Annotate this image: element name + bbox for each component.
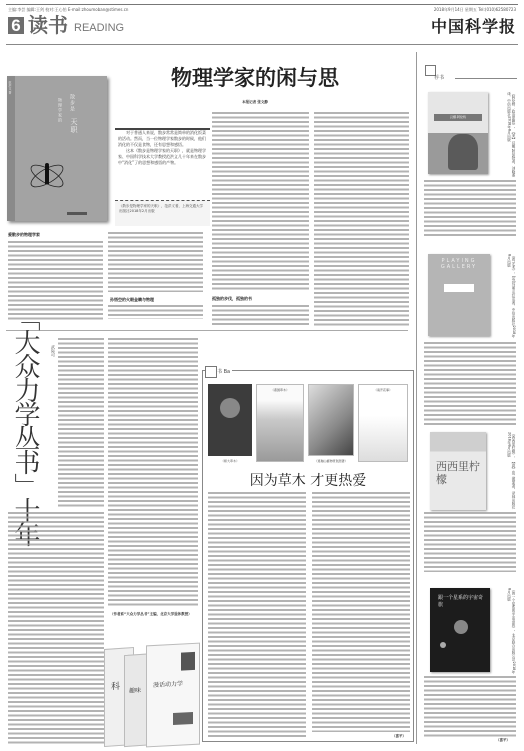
atom-illustration-icon <box>27 156 67 196</box>
jingshu-summary-3 <box>424 512 516 572</box>
article-divider <box>6 330 408 331</box>
intro-box: 对于普通人来说，散步常常是简单的消化饭菜的活动。然而，当一位物理学家散步的时候，… <box>118 130 208 166</box>
mechanics-books-photo: 科 趣味 漫话动力学 <box>104 640 200 748</box>
book-cover-3: 漫话动力学 <box>146 643 200 748</box>
header-divider <box>6 44 518 45</box>
jingshu-summary-1 <box>424 180 516 236</box>
date-info: 2018年9月14日 星期五 Tel:(010)62580723 <box>434 7 516 13</box>
book-cover-main: 散步是 物理学家的 天职 范洪义 著 <box>7 76 107 221</box>
newspaper-masthead: 中国科学报 <box>431 14 516 37</box>
shubar-label-frame <box>205 366 217 378</box>
cover-emblem-icon <box>220 398 240 418</box>
secondary-body-col-1 <box>58 338 104 508</box>
main-headline: 物理学家的闲与思 <box>120 66 390 90</box>
jingshu-caption-1: 《阿伦特：政治思想》，【美】汉娜·阿伦特著，刘晓燕译，中信出版社2018年8月出… <box>492 92 516 178</box>
editor-info: 主编:李芸 编辑:王剑 校对:王心怡 E-mail:zhoumoban@stim… <box>8 7 128 13</box>
photo-image <box>173 712 193 725</box>
page-number: 6 <box>8 17 24 34</box>
secondary-byline: 武际可 <box>50 345 56 357</box>
planet-icon <box>454 620 468 634</box>
jingshu-label: 荐书 <box>434 74 444 81</box>
main-body-col-4 <box>314 112 409 327</box>
secondary-body-col-2 <box>108 338 198 608</box>
main-body-col-2b <box>108 305 203 319</box>
shubar-cover-3 <box>308 384 354 456</box>
main-byline: 本报记者 张文静 <box>210 100 300 105</box>
shubar-caption-1: 《师大草木》 <box>208 459 252 463</box>
main-body-col-3 <box>212 112 309 290</box>
shubar-body-col-2 <box>312 492 410 732</box>
portrait-image <box>181 652 195 671</box>
book-cover-title-2: 天职 <box>69 118 79 134</box>
jingshu-caption-3: 《西西里柠檬》，【意】皮兰德娄著，译林出版社2018年8月出版 <box>494 432 516 512</box>
intro-paragraph-1: 对于普通人来说，散步常常是简单的消化饭菜的活动。然而，当一位物理学家散步的时候，… <box>118 130 208 148</box>
right-column-divider <box>416 52 417 744</box>
planet-small-icon <box>440 642 446 648</box>
book-cover-subtitle: 物理学家的 <box>57 98 63 123</box>
shubar-cover-2: 《燕园草木》 <box>256 384 304 462</box>
shubar-cover-1 <box>208 384 252 456</box>
portrait-image <box>448 134 478 170</box>
subhead-2: 孙悟空的火眼金睛与物理 <box>110 297 154 303</box>
shubar-headline: 因为草木 才更热爱 <box>205 470 411 490</box>
secondary-body-col-1b <box>8 512 104 744</box>
jingshu-summary-4 <box>424 676 516 738</box>
jingshu-summary-2 <box>424 342 516 426</box>
top-rule <box>6 4 518 5</box>
shubar-cover-4: 《南开花事》 <box>358 384 408 462</box>
shubar-label: 书 Ba <box>217 368 232 375</box>
secondary-author-note: （作者系“大众力学丛书”主编，北京大学退休教授） <box>110 612 198 617</box>
jingshu-end-mark: （喜平） <box>496 738 510 743</box>
jingshu-cover-3: 西西里柠檬 <box>430 432 486 510</box>
secondary-headline: 「大众力学丛书」十年 <box>10 305 40 545</box>
subhead-1: 爱散步的物理学家 <box>8 232 40 238</box>
book-spine-text: 范洪义 著 <box>8 81 12 94</box>
section-title-cn: 读书 <box>28 14 68 36</box>
section-title-en: READING <box>74 22 124 34</box>
jingshu-cover-1: 汉娜·阿伦特 <box>428 92 488 174</box>
main-body-col-3b <box>212 305 309 327</box>
jingshu-caption-4: 《的一个星系的宇宙奇旅》，北京联合出版公司2018年8月出版 <box>496 588 516 674</box>
shubar-caption-3: 《珞珈山植物原色图谱》 <box>306 459 356 463</box>
publisher-logo <box>67 212 87 215</box>
jingshu-cover-4: 跟一个星系的宇宙奇旅 <box>430 588 490 672</box>
subhead-3: 孤独的步伐，孤独的书 <box>212 296 252 302</box>
jingshu-cover-2: PLAYING GALLERY <box>428 254 490 336</box>
shubar-body-col-1 <box>208 492 306 738</box>
book-cover-title: 散步是 <box>69 94 76 112</box>
main-body-col-2 <box>108 232 203 292</box>
shubar-end-mark: （喜平） <box>392 734 406 739</box>
cover-title-plate <box>444 284 474 292</box>
jingshu-caption-2: 《看·艺术》，[英]玛丽·克拉克著，中信出版社2018年8月出版 <box>494 254 516 340</box>
intro-paragraph-2: 这本《散步是物理学家的天职》，就是物理学家、中国科学技术大学教授范洪义几十年来在… <box>118 148 208 166</box>
book-citation: 《散步是物理学家的天职》，范洪义著，上海交通大学出版社2018年2月出版 <box>115 200 210 226</box>
jingshu-rule <box>455 78 517 79</box>
